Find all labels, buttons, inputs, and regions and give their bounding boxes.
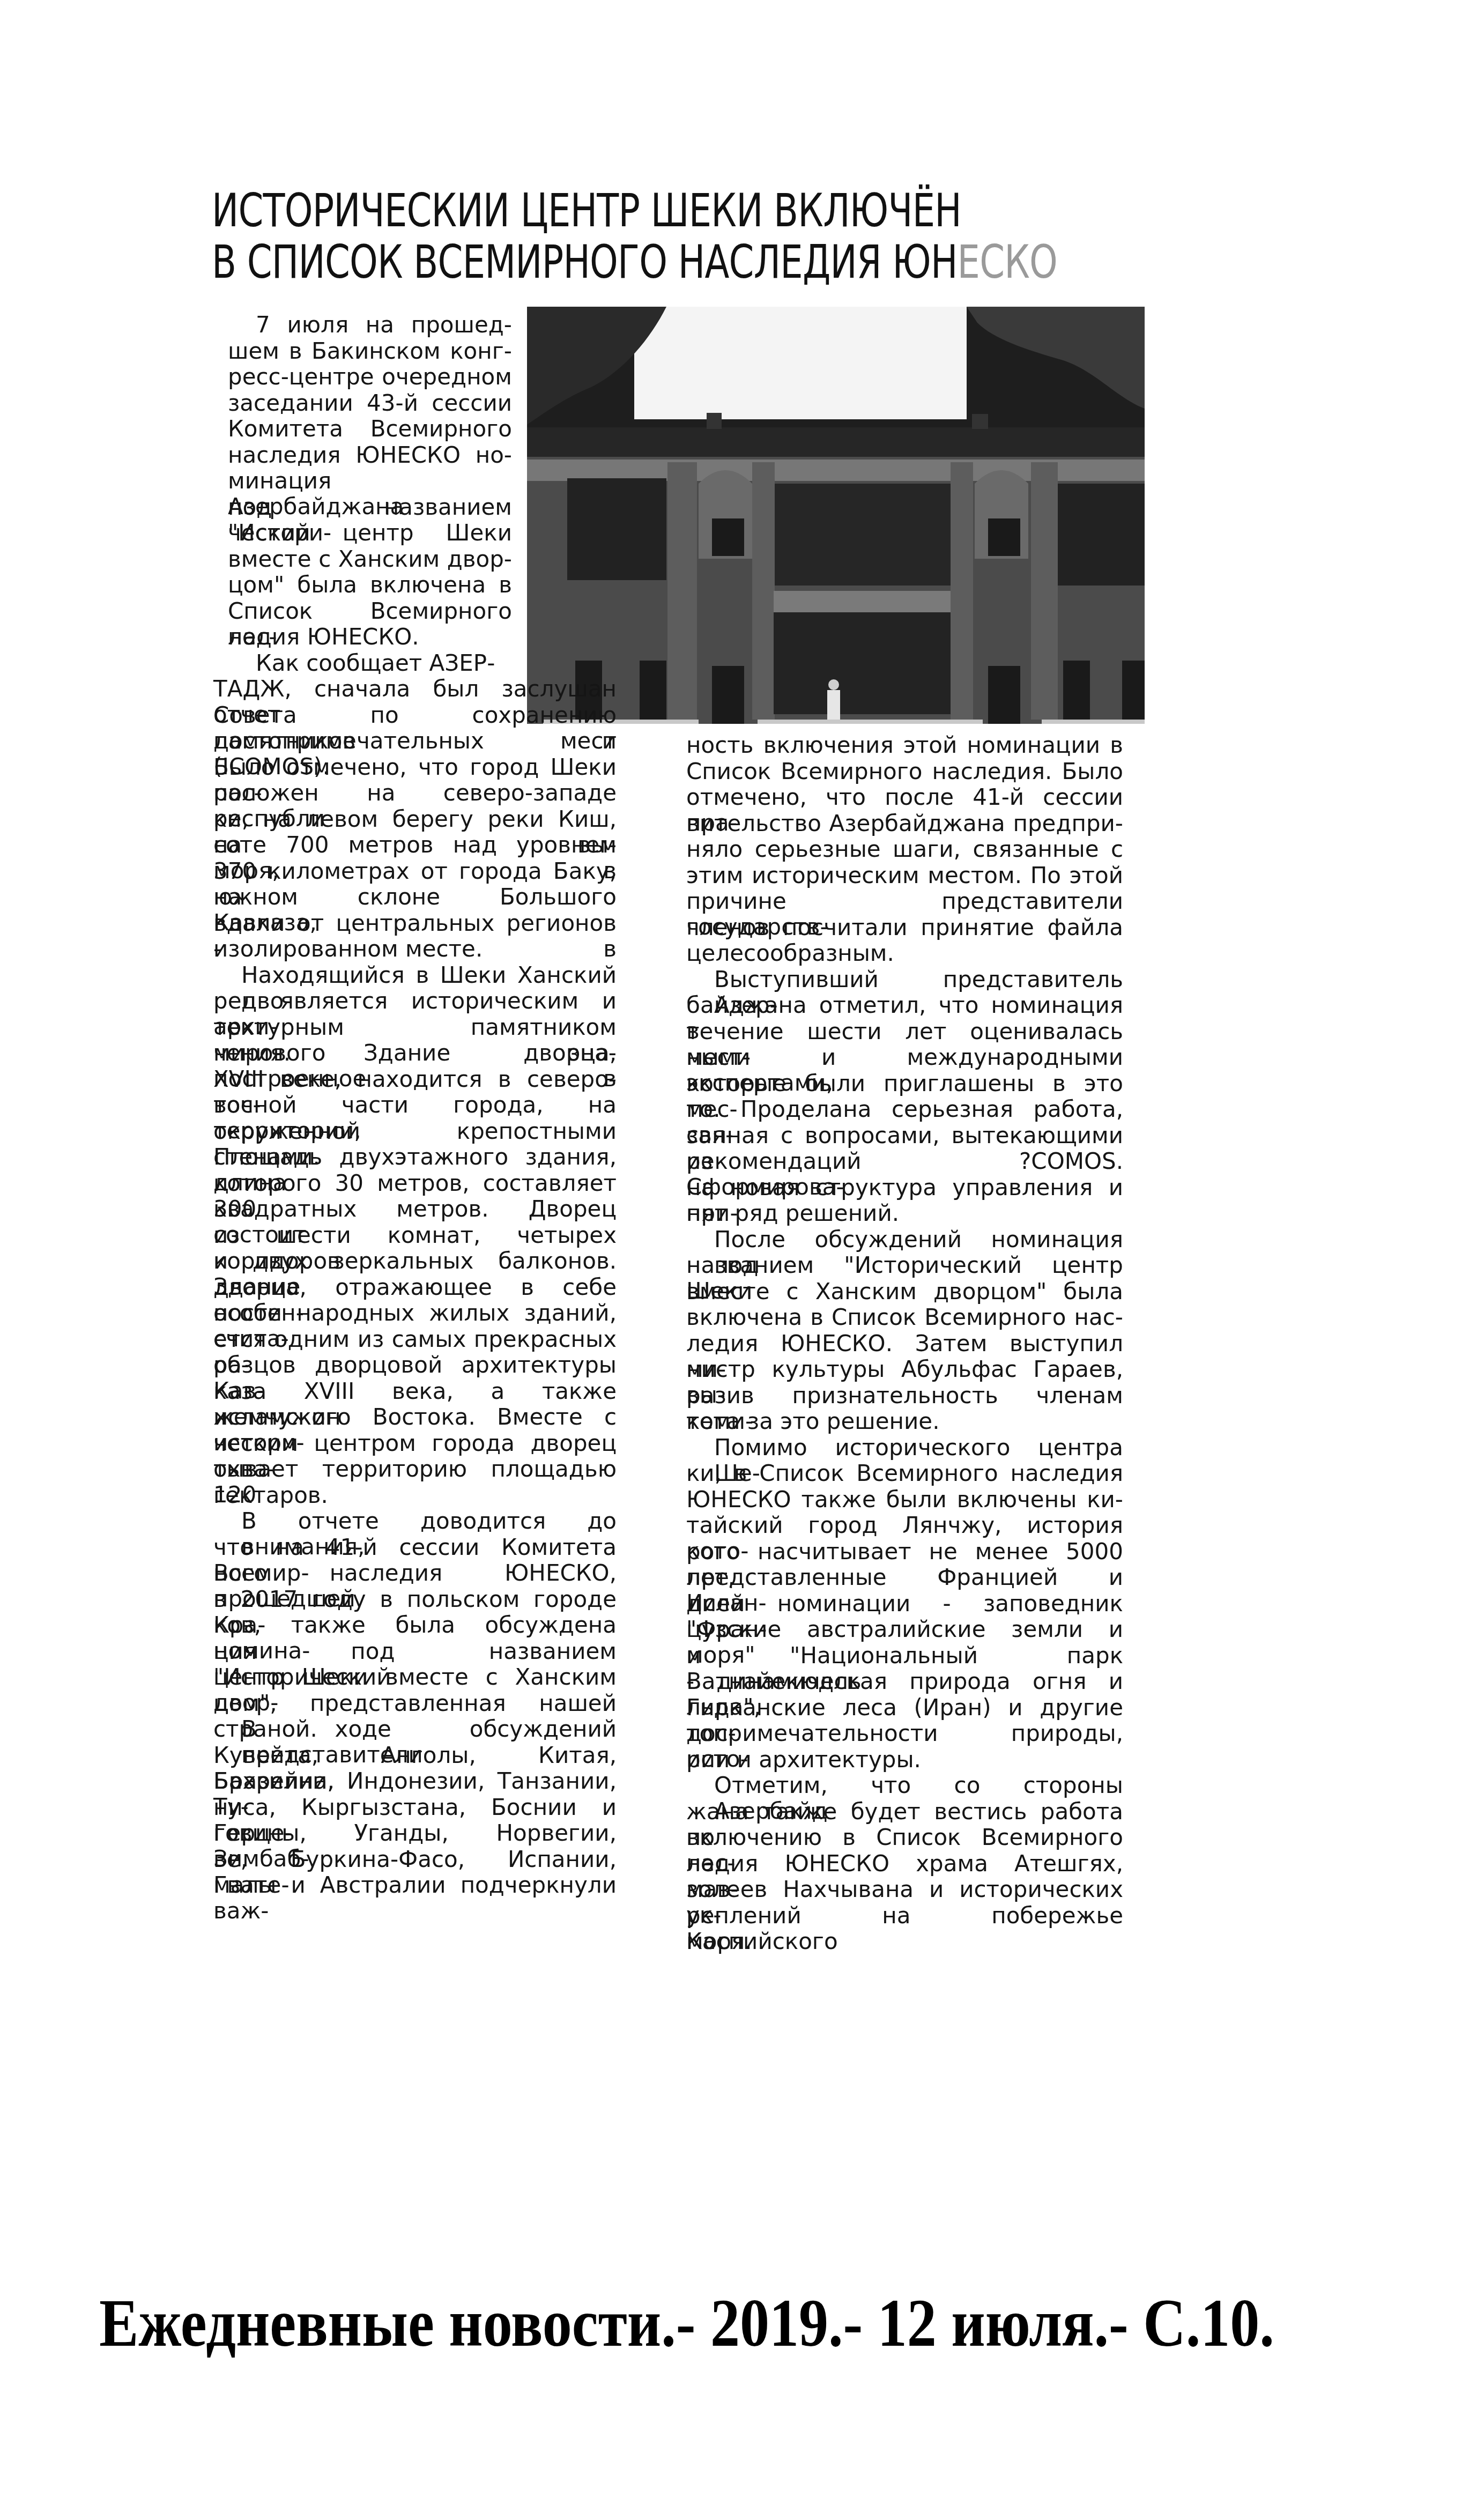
text-line: причине представители государств- [686,888,1123,914]
text-line: В ходе обсуждений представители [241,1716,617,1742]
text-line: Бразилии, Индонезии, Танзании, Ту- [213,1768,617,1794]
text-line: представленные Францией и Ислан- [686,1565,1123,1590]
text-line: разив признательность членам коми- [686,1383,1123,1409]
text-line: отмечено, что после 41-й сессии пра- [686,784,1123,810]
text-line: цом" была включена в [228,572,512,598]
text-line: золеев Нахчывана и исторических ук- [686,1877,1123,1902]
headline-line-2: В СПИСОК ВСЕМИРНОГО НАСЛЕДИЯ ЮНЕСКО [212,236,931,288]
text-line: жана также будет вестись работа по [686,1799,1123,1825]
text-line: ЮНЕСКО также были включены ки- [686,1487,1123,1513]
text-line: ве, Буркина-Фасо, Испании, Гвате- [213,1847,617,1872]
text-line: и "Национальный парк Ватнайекюдль [686,1643,1123,1669]
text-line: 7 июля на прошед- [256,312,512,338]
text-line: Помимо исторического центра Ше- [714,1435,1123,1461]
headline-line-2-main: В СПИСОК ВСЕМИРНОГО НАСЛЕДИЯ ЮН [212,235,958,289]
text-line: Было отмечено, что город Шеки рас- [213,754,617,780]
text-line: соте 700 метров над уровнем моря, в [213,832,617,858]
text-line: тета за это решение. [686,1409,1123,1434]
text-line: течение шести лет оценивалась мест- [686,1019,1123,1044]
headline-line-2-faded: ЕСКО [958,235,1058,289]
text-line: на новая структура управления и при- [686,1175,1123,1200]
text-line: шем в Бакинском конг- [228,338,512,364]
text-line: окруженной крепостными стенами. [213,1118,617,1144]
text-line: разцов дворцовой архитектуры Кав- [213,1352,617,1378]
text-line: чения. Здание дворца, построенное в [213,1040,617,1066]
text-line: ниса, Кыргызстана, Боснии и Герце- [213,1795,617,1820]
text-line: ресс-центре очередном [228,364,512,390]
text-line: Гирканские леса (Иран) и другие дос- [686,1695,1123,1721]
text-line: рии и архитектуры. [686,1747,1123,1773]
text-line: ки, в Список Всемирного наследия [686,1461,1123,1486]
text-line: Площадь двухэтажного здания, длина [213,1144,617,1170]
text-line: которого 30 метров, составляет 300 [213,1170,617,1196]
text-line: топримечательности природы, исто- [686,1721,1123,1746]
text-line: занная с вопросами, вытекающими из [686,1123,1123,1148]
text-line: реплений на побережье Каспийского [686,1903,1123,1929]
text-line: нистр культуры Абульфас Гараев, вы- [686,1357,1123,1382]
text-line: Комитета Всемирного [228,416,512,442]
text-line: целесообразным. [686,940,1123,966]
text-line: ледия ЮНЕСКО. Затем выступил ми- [686,1331,1123,1357]
text-line: включению в Список Всемирного нас- [686,1825,1123,1850]
text-line: дворца, отражающее в себе особен- [213,1274,617,1300]
text-line: тектурным памятником мирового зна- [213,1014,617,1040]
headline-line-1: ИСТОРИЧЕСКИИ ЦЕНТР ШЕКИ ВКЛЮЧЁН [212,185,931,236]
text-line: рец является историческим и архи- [213,988,617,1014]
text-line: ность включения этой номинации в [686,732,1123,758]
text-line: вдали от центральных регионов - в [213,910,617,936]
text-line: ного наследия ЮНЕСКО, прошедшей [213,1560,617,1586]
text-line: тайский город Лянчжу, история кото- [686,1513,1123,1538]
text-line: из шести комнат, четырех коридоров [213,1222,617,1248]
text-line: моря. [686,1929,1123,1954]
photo-image-icon [527,307,1145,724]
text-line: няло серьезные шаги, связанные с [686,836,1123,862]
text-line: исламского Востока. Вместе с истори- [213,1404,617,1430]
sheki-khan-palace-photo [527,307,1145,724]
text-line: ТАДЖ, сначала был заслушан отчет [213,676,617,702]
text-line: достопримечательных мест (ICOMOS). [213,728,617,754]
text-line: гектаров. [213,1483,617,1508]
text-line: Совета по сохранению памятников и [213,702,617,728]
text-line: XVIII веке, находится в северо-вос- [213,1066,617,1092]
text-line: минация Азербайджана [228,468,512,494]
text-line: в 2017 году в польском городе Кра- [213,1587,617,1612]
text-line: ческий центр Шеки [228,520,512,546]
text-line: квадратных метров. Дворец состоит [213,1196,617,1222]
text-line: вместе с Ханским дворцом" была [686,1279,1123,1305]
text-line: положен на северо-западе республи- [213,780,617,806]
text-line: ческим центром города дворец охва- [213,1431,617,1456]
text-line: Находящийся в Шеки Ханский дво- [241,962,617,988]
text-line: Выступивший представитель Азер- [714,967,1123,992]
text-line: 370 километрах от города Баку, на [213,858,617,884]
article-headline: ИСТОРИЧЕСКИИ ЦЕНТР ШЕКИ ВКЛЮЧЁН В СПИСОК… [212,185,931,288]
text-line: ков, также была обсуждена номина- [213,1612,617,1638]
text-line: нят ряд решений. [686,1200,1123,1226]
text-line: Кувейта, Анголы, Китая, Бахрейна, [213,1743,617,1768]
text-line: каза XVIII века, а также жемчужин [213,1379,617,1404]
text-line: После обсуждений номинация под [714,1227,1123,1252]
text-line: ется одним из самых прекрасных об- [213,1326,617,1352]
text-line: то. Проделана серьезная работа, свя- [686,1096,1123,1122]
text-line: говины, Уганды, Норвегии, Зимбаб- [213,1820,617,1846]
source-citation: Ежедневные новости.- 2019.- 12 июля.- С.… [99,2285,1224,2360]
newspaper-clipping-page: ИСТОРИЧЕСКИИ ЦЕНТР ШЕКИ ВКЛЮЧЁН В СПИСОК… [0,0,1484,2505]
text-line: членов посчитали принятие файла [686,915,1123,940]
text-line: ными и международными экспертами, [686,1044,1123,1070]
text-line: вительство Азербайджана предпри- [686,811,1123,836]
text-line: цузские австралийские земли и моря" [686,1617,1123,1642]
text-line: изолированном месте. [213,936,617,962]
text-line: названием "Исторический центр Шеки [686,1252,1123,1278]
text-line: дией номинации - заповедник "Фран- [686,1591,1123,1617]
text-line: центр Шеки вместе с Ханским двор- [213,1664,617,1690]
text-line: малы и Австралии подчеркнули важ- [213,1872,617,1898]
text-line: ледия ЮНЕСКО храма Атешгях, мав- [686,1851,1123,1877]
text-line: ция под названием "Исторический [213,1639,617,1664]
text-line: ледия ЮНЕСКО. [228,624,512,650]
text-line: ки, на левом берегу реки Киш, на вы- [213,806,617,832]
text-line: и двух зеркальных балконов. Здание [213,1248,617,1274]
text-line: этим историческим местом. По этой [686,863,1123,888]
text-line: рого насчитывает не менее 5000 лет, [686,1539,1123,1565]
text-line: Отметим, что со стороны Азербайд- [714,1773,1123,1798]
text-line: - динамическая природа огня и льда", [686,1669,1123,1694]
text-line: под названием "Истори- [228,494,512,520]
text-line: включена в Список Всемирного нас- [686,1305,1123,1330]
text-line: Список Всемирного наследия. Было [686,759,1123,784]
text-line: заседании 43-й сессии [228,390,512,416]
text-line: что на 41-й сессии Комитета Всемир- [213,1535,617,1560]
text-line: южном склоне Большого Кавказа, [213,884,617,910]
text-line: вместе с Ханским двор- [228,546,512,572]
text-line: байджана отметил, что номинация в [686,992,1123,1018]
text-line: цом", представленная нашей страной. [213,1691,617,1716]
text-line: Как сообщает АЗЕР- [256,650,512,676]
text-line: тывает территорию площадью 120 [213,1456,617,1482]
text-line: В отчете доводится до внимания, [241,1508,617,1534]
text-line: наследия ЮНЕСКО но- [228,442,512,468]
text-line: которые были приглашены в это мес- [686,1071,1123,1096]
text-line: ности народных жилых зданий, счита- [213,1300,617,1326]
text-line: точной части города, на территории, [213,1092,617,1118]
text-line: Список Всемирного нас- [228,598,512,624]
text-line: рекомендаций ?COMOS. Сформирова- [686,1148,1123,1174]
